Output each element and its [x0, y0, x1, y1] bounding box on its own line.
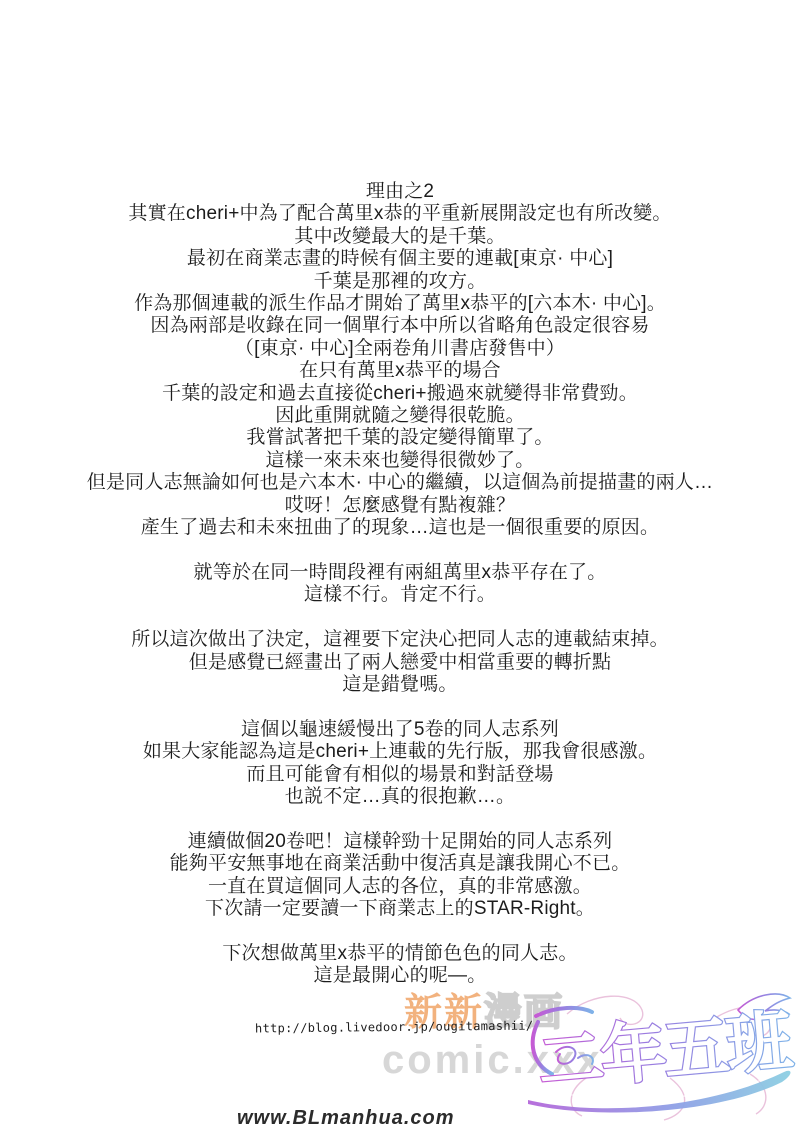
text-line: 但是同人志無論如何也是六本木· 中心的繼續，以這個為前提描畫的兩人… [0, 472, 800, 494]
text-line: 但是感覺已經畫出了兩人戀愛中相當重要的轉折點 [0, 652, 800, 674]
text-line: 因為兩部是收錄在同一個單行本中所以省略角色設定很容易 [0, 315, 800, 337]
scanlation-group-logo: 二年五班 [522, 986, 800, 1126]
author-blog-url: http://blog.livedoor.jp/ougitamashii/ [255, 1019, 534, 1036]
paragraph-reason: 理由之2 其實在cheri+中為了配合萬里x恭的平重新展開設定也有所改變。 其中… [0, 181, 800, 540]
text-line: 在只有萬里x恭平的場合 [0, 360, 800, 382]
text-line: 這個以龜速緩慢出了5卷的同人志系列 [0, 719, 800, 741]
text-line: 我嘗試著把千葉的設定變得簡單了。 [0, 427, 800, 449]
text-line: 千葉的設定和過去直接從cheri+搬過來就變得非常費勁。 [0, 383, 800, 405]
text-line: 千葉是那裡的攻方。 [0, 271, 800, 293]
text-line: 也説不定…真的很抱歉…。 [0, 786, 800, 808]
manga-afterword-page: 理由之2 其實在cheri+中為了配合萬里x恭的平重新展開設定也有所改變。 其中… [0, 0, 800, 1147]
paragraph-doujin-series: 這個以龜速緩慢出了5卷的同人志系列 如果大家能認為這是cheri+上連載的先行版… [0, 719, 800, 809]
text-line: 這是錯覺嗎。 [0, 674, 800, 696]
text-line: 就等於在同一時間段裡有兩組萬里x恭平存在了。 [0, 562, 800, 584]
text-line: 哎呀！怎麼感覺有點複雜？ [0, 495, 800, 517]
text-line: 這是最開心的呢—。 [0, 965, 800, 987]
text-line: 作為那個連載的派生作品才開始了萬里x恭平的[六本木· 中心]。 [0, 293, 800, 315]
paragraph-decision: 所以這次做出了決定，這裡要下定決心把同人志的連載結束掉。 但是感覺已經畫出了兩人… [0, 629, 800, 696]
text-line: 其實在cheri+中為了配合萬里x恭的平重新展開設定也有所改變。 [0, 203, 800, 225]
text-line: 最初在商業志畫的時候有個主要的連載[東京· 中心] [0, 248, 800, 270]
paragraph-next-plans: 下次想做萬里x恭平的情節色色的同人志。 這是最開心的呢—。 [0, 943, 800, 988]
text-line: 因此重開就隨之變得很乾脆。 [0, 405, 800, 427]
text-line: 下次請一定要讀一下商業志上的STAR-Right。 [0, 898, 800, 920]
text-line: 產生了過去和未來扭曲了的現象…這也是一個很重要的原因。 [0, 517, 800, 539]
text-line: 能夠平安無事地在商業活動中復活真是讓我開心不已。 [0, 853, 800, 875]
text-line: 如果大家能認為這是cheri+上連載的先行版，那我會很感激。 [0, 741, 800, 763]
text-line: 下次想做萬里x恭平的情節色色的同人志。 [0, 943, 800, 965]
afterword-text-block: 理由之2 其實在cheri+中為了配合萬里x恭的平重新展開設定也有所改變。 其中… [0, 181, 800, 988]
text-line: 而且可能會有相似的場景和對話登場 [0, 764, 800, 786]
text-line: 這樣不行。肯定不行。 [0, 584, 800, 606]
text-line: 連續做個20卷吧！這樣幹勁十足開始的同人志系列 [0, 831, 800, 853]
text-line: （[東京· 中心]全兩卷角川書店發售中） [0, 338, 800, 360]
text-line: 一直在買這個同人志的各位，真的非常感激。 [0, 876, 800, 898]
text-line: 所以這次做出了決定，這裡要下定決心把同人志的連載結束掉。 [0, 629, 800, 651]
text-line: 其中改變最大的是千葉。 [0, 226, 800, 248]
text-line: 理由之2 [0, 181, 800, 203]
text-line: 這樣一來未來也變得很微妙了。 [0, 450, 800, 472]
paragraph-thanks: 連續做個20卷吧！這樣幹勁十足開始的同人志系列 能夠平安無事地在商業活動中復活真… [0, 831, 800, 921]
paragraph-two-pairs: 就等於在同一時間段裡有兩組萬里x恭平存在了。 這樣不行。肯定不行。 [0, 562, 800, 607]
blmanhua-site-url: www.BLmanhua.com [237, 1107, 455, 1130]
